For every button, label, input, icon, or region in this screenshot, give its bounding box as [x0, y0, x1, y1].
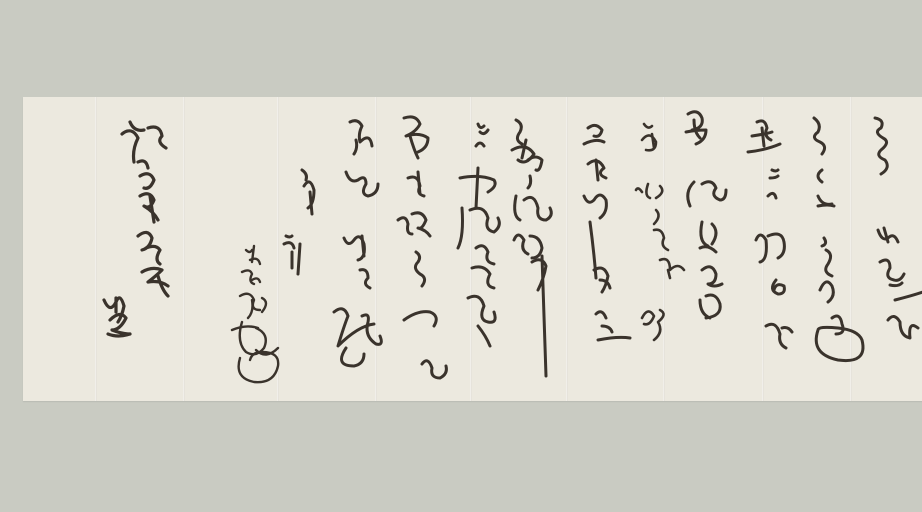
honorific-column: [104, 298, 130, 336]
calligraphy-ink: [0, 0, 922, 512]
addressee-column: [122, 122, 168, 296]
body-column-5: [636, 124, 684, 340]
body-column-3: [748, 121, 792, 348]
body-column-1: [875, 118, 922, 338]
body-column-10: [334, 121, 381, 366]
signature-column: [232, 246, 278, 382]
body-column-2: [814, 118, 863, 361]
date-column: [284, 170, 314, 274]
body-column-7: [512, 120, 551, 376]
body-column-6: [584, 125, 630, 340]
body-column-9: [398, 117, 446, 378]
body-column-8: [458, 124, 499, 346]
body-column-4: [686, 112, 726, 318]
